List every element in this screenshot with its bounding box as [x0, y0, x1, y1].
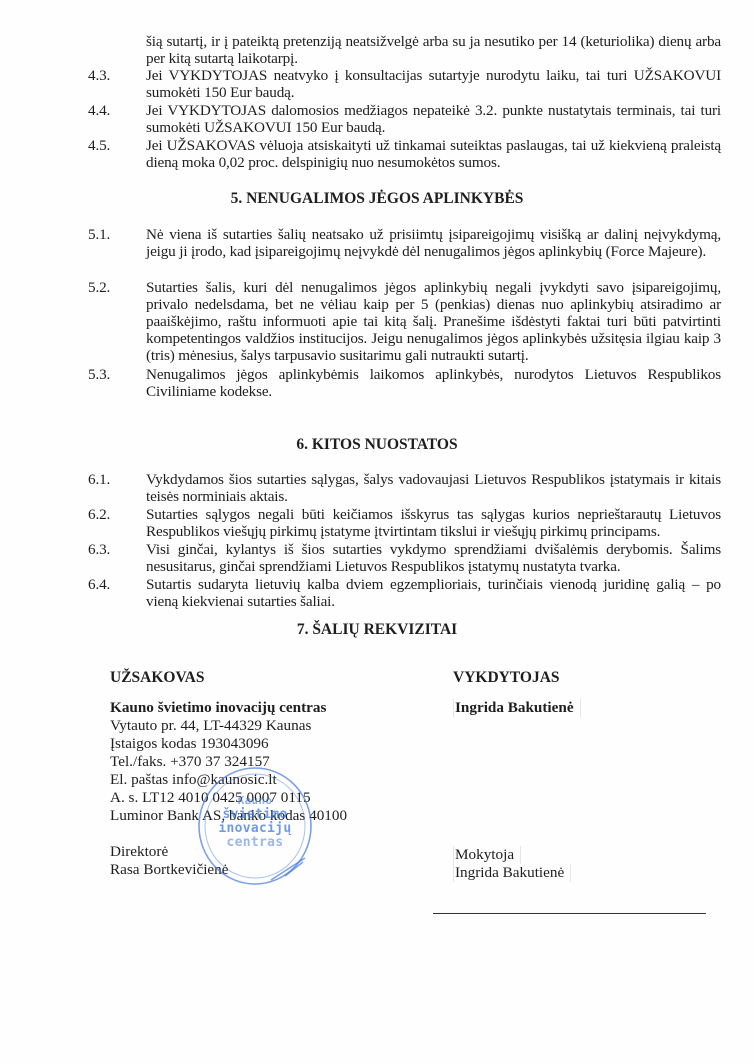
contractor-details: VYKDYTOJAS Ingrida Bakutienė — [453, 669, 581, 717]
clause-6-4: 6.4. Sutartis sudaryta lietuvių kalba dv… — [88, 576, 721, 610]
contractor-title: VYKDYTOJAS — [453, 669, 581, 687]
clause-6-2: 6.2. Sutarties sąlygos negali būti keiči… — [88, 506, 721, 540]
client-email: El. paštas info@kaunosic.lt — [110, 771, 347, 789]
clause-text: Visi ginčai, kylantys iš šios sutarties … — [146, 541, 721, 575]
section-heading-6: 6. KITOS NUOSTATOS — [0, 436, 754, 454]
clause-number: 6.2. — [88, 506, 138, 523]
clause-4-5: 4.5. Jei UŽSAKOVAS vėluoja atsiskaityti … — [88, 137, 721, 171]
clause-text: Jei VYKDYTOJAS dalomosios medžiagos nepa… — [146, 102, 721, 136]
clause-text: Jei VYKDYTOJAS neatvyko į konsultacijas … — [146, 67, 721, 101]
clause-number: 4.3. — [88, 67, 138, 84]
clause-number: 5.3. — [88, 366, 138, 383]
client-phone: Tel./faks. +370 37 324157 — [110, 753, 347, 771]
contractor-signature-block: Mokytoja Ingrida Bakutienė — [453, 846, 571, 882]
section-heading-7: 7. ŠALIŲ REKVIZITAI — [0, 621, 754, 639]
client-code: Įstaigos kodas 193043096 — [110, 735, 347, 753]
client-account: A. s. LT12 4010 0425 0007 0115 — [110, 789, 347, 807]
client-details: UŽSAKOVAS Kauno švietimo inovacijų centr… — [110, 669, 347, 879]
clause-number: 4.5. — [88, 137, 138, 154]
clause-text: Nenugalimos jėgos aplinkybėmis laikomos … — [146, 366, 721, 400]
clause-5-1: 5.1. Nė viena iš sutarties šalių neatsak… — [88, 226, 721, 260]
clause-number: 5.1. — [88, 226, 138, 243]
clause-number: 4.4. — [88, 102, 138, 119]
clause-text: Sutartis sudaryta lietuvių kalba dviem e… — [146, 576, 721, 610]
clause-text: Sutarties sąlygos negali būti keičiamos … — [146, 506, 721, 540]
client-organization: Kauno švietimo inovacijų centras — [110, 699, 347, 717]
clause-number: 6.3. — [88, 541, 138, 558]
clause-text: Sutarties šalis, kuri dėl nenugalimos jė… — [146, 279, 721, 364]
clause-text: Vykdydamos šios sutarties sąlygas, šalys… — [146, 471, 721, 505]
clause-4-3: 4.3. Jei VYKDYTOJAS neatvyko į konsultac… — [88, 67, 721, 101]
continuation-paragraph: šią sutartį, ir į pateiktą pretenziją ne… — [146, 33, 721, 67]
document-page: šią sutartį, ir į pateiktą pretenziją ne… — [0, 0, 754, 1063]
clause-6-3: 6.3. Visi ginčai, kylantys iš šios sutar… — [88, 541, 721, 575]
clause-5-2: 5.2. Sutarties šalis, kuri dėl nenugalim… — [88, 279, 721, 364]
clause-number: 6.1. — [88, 471, 138, 488]
clause-4-4: 4.4. Jei VYKDYTOJAS dalomosios medžiagos… — [88, 102, 721, 136]
client-bank: Luminor Bank AS, banko kodas 40100 — [110, 807, 347, 825]
clause-number: 5.2. — [88, 279, 138, 296]
clause-number: 6.4. — [88, 576, 138, 593]
client-position: Direktorė — [110, 843, 347, 861]
contractor-position: Mokytoja — [453, 846, 521, 864]
clause-6-1: 6.1. Vykdydamos šios sutarties sąlygas, … — [88, 471, 721, 505]
clause-5-3: 5.3. Nenugalimos jėgos aplinkybėmis laik… — [88, 366, 721, 400]
clause-text: Nė viena iš sutarties šalių neatsako už … — [146, 226, 721, 260]
contractor-name: Ingrida Bakutienė — [453, 699, 581, 717]
signature-line — [433, 913, 706, 914]
client-title: UŽSAKOVAS — [110, 669, 347, 687]
client-address: Vytauto pr. 44, LT-44329 Kaunas — [110, 717, 347, 735]
section-heading-5: 5. NENUGALIMOS JĖGOS APLINKYBĖS — [0, 190, 754, 208]
clause-text: Jei UŽSAKOVAS vėluoja atsiskaityti už ti… — [146, 137, 721, 171]
contractor-signatory: Ingrida Bakutienė — [453, 864, 571, 882]
client-signatory: Rasa Bortkevičienė — [110, 861, 347, 879]
